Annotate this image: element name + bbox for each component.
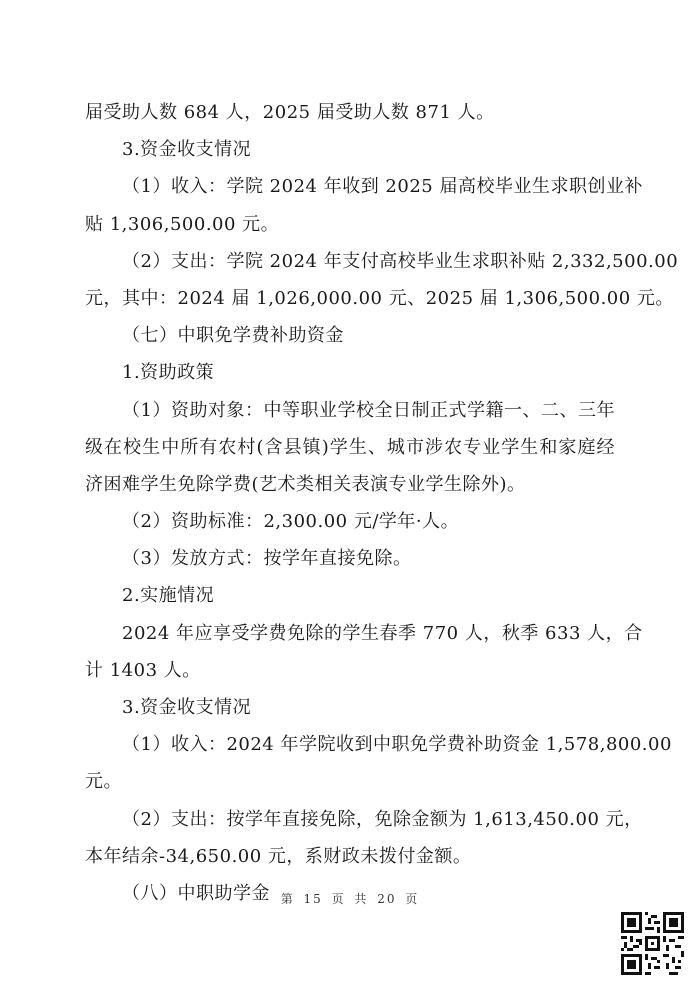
paragraph-line: （2）支出：按学年直接免除，免除金额为 1,613,450.00 元，	[85, 801, 615, 838]
paragraph-line: 届受助人数 684 人，2025 届受助人数 871 人。	[85, 94, 615, 131]
section-heading: 1.资助政策	[85, 354, 615, 391]
paragraph-line: 元。	[85, 763, 615, 800]
page-number: 第 15 页 共 20 页	[0, 890, 700, 907]
paragraph-line: 级在校生中所有农村(含县镇)学生、城市涉农专业学生和家庭经	[85, 429, 615, 466]
paragraph-line: （1）收入：2024 年学院收到中职免学费补助资金 1,578,800.00	[85, 726, 615, 763]
document-page: 届受助人数 684 人，2025 届受助人数 871 人。 3.资金收支情况 （…	[0, 0, 700, 989]
section-heading: 2.实施情况	[85, 577, 615, 614]
section-heading: 3.资金收支情况	[85, 689, 615, 726]
paragraph-line: （1）资助对象：中等职业学校全日制正式学籍一、二、三年	[85, 392, 615, 429]
paragraph-line: 济困难学生免除学费(艺术类相关表演专业学生除外)。	[85, 466, 615, 503]
paragraph-line: （2）支出：学院 2024 年支付高校毕业生求职补贴 2,332,500.00	[85, 243, 615, 280]
paragraph-line: 贴 1,306,500.00 元。	[85, 206, 615, 243]
paragraph-line: （3）发放方式：按学年直接免除。	[85, 540, 615, 577]
paragraph-line: 计 1403 人。	[85, 652, 615, 689]
section-heading: （七）中职免学费补助资金	[85, 317, 615, 354]
paragraph-line: 2024 年应享受学费免除的学生春季 770 人，秋季 633 人，合	[85, 615, 615, 652]
section-heading: 3.资金收支情况	[85, 131, 615, 168]
paragraph-line: 本年结余-34,650.00 元，系财政未拨付金额。	[85, 838, 615, 875]
paragraph-line: （1）收入：学院 2024 年收到 2025 届高校毕业生求职创业补	[85, 168, 615, 205]
paragraph-line: 元，其中：2024 届 1,026,000.00 元、2025 届 1,306,…	[85, 280, 615, 317]
document-body: 届受助人数 684 人，2025 届受助人数 871 人。 3.资金收支情况 （…	[85, 94, 615, 912]
qr-code-icon	[621, 912, 684, 975]
paragraph-line: （2）资助标准：2,300.00 元/学年·人。	[85, 503, 615, 540]
